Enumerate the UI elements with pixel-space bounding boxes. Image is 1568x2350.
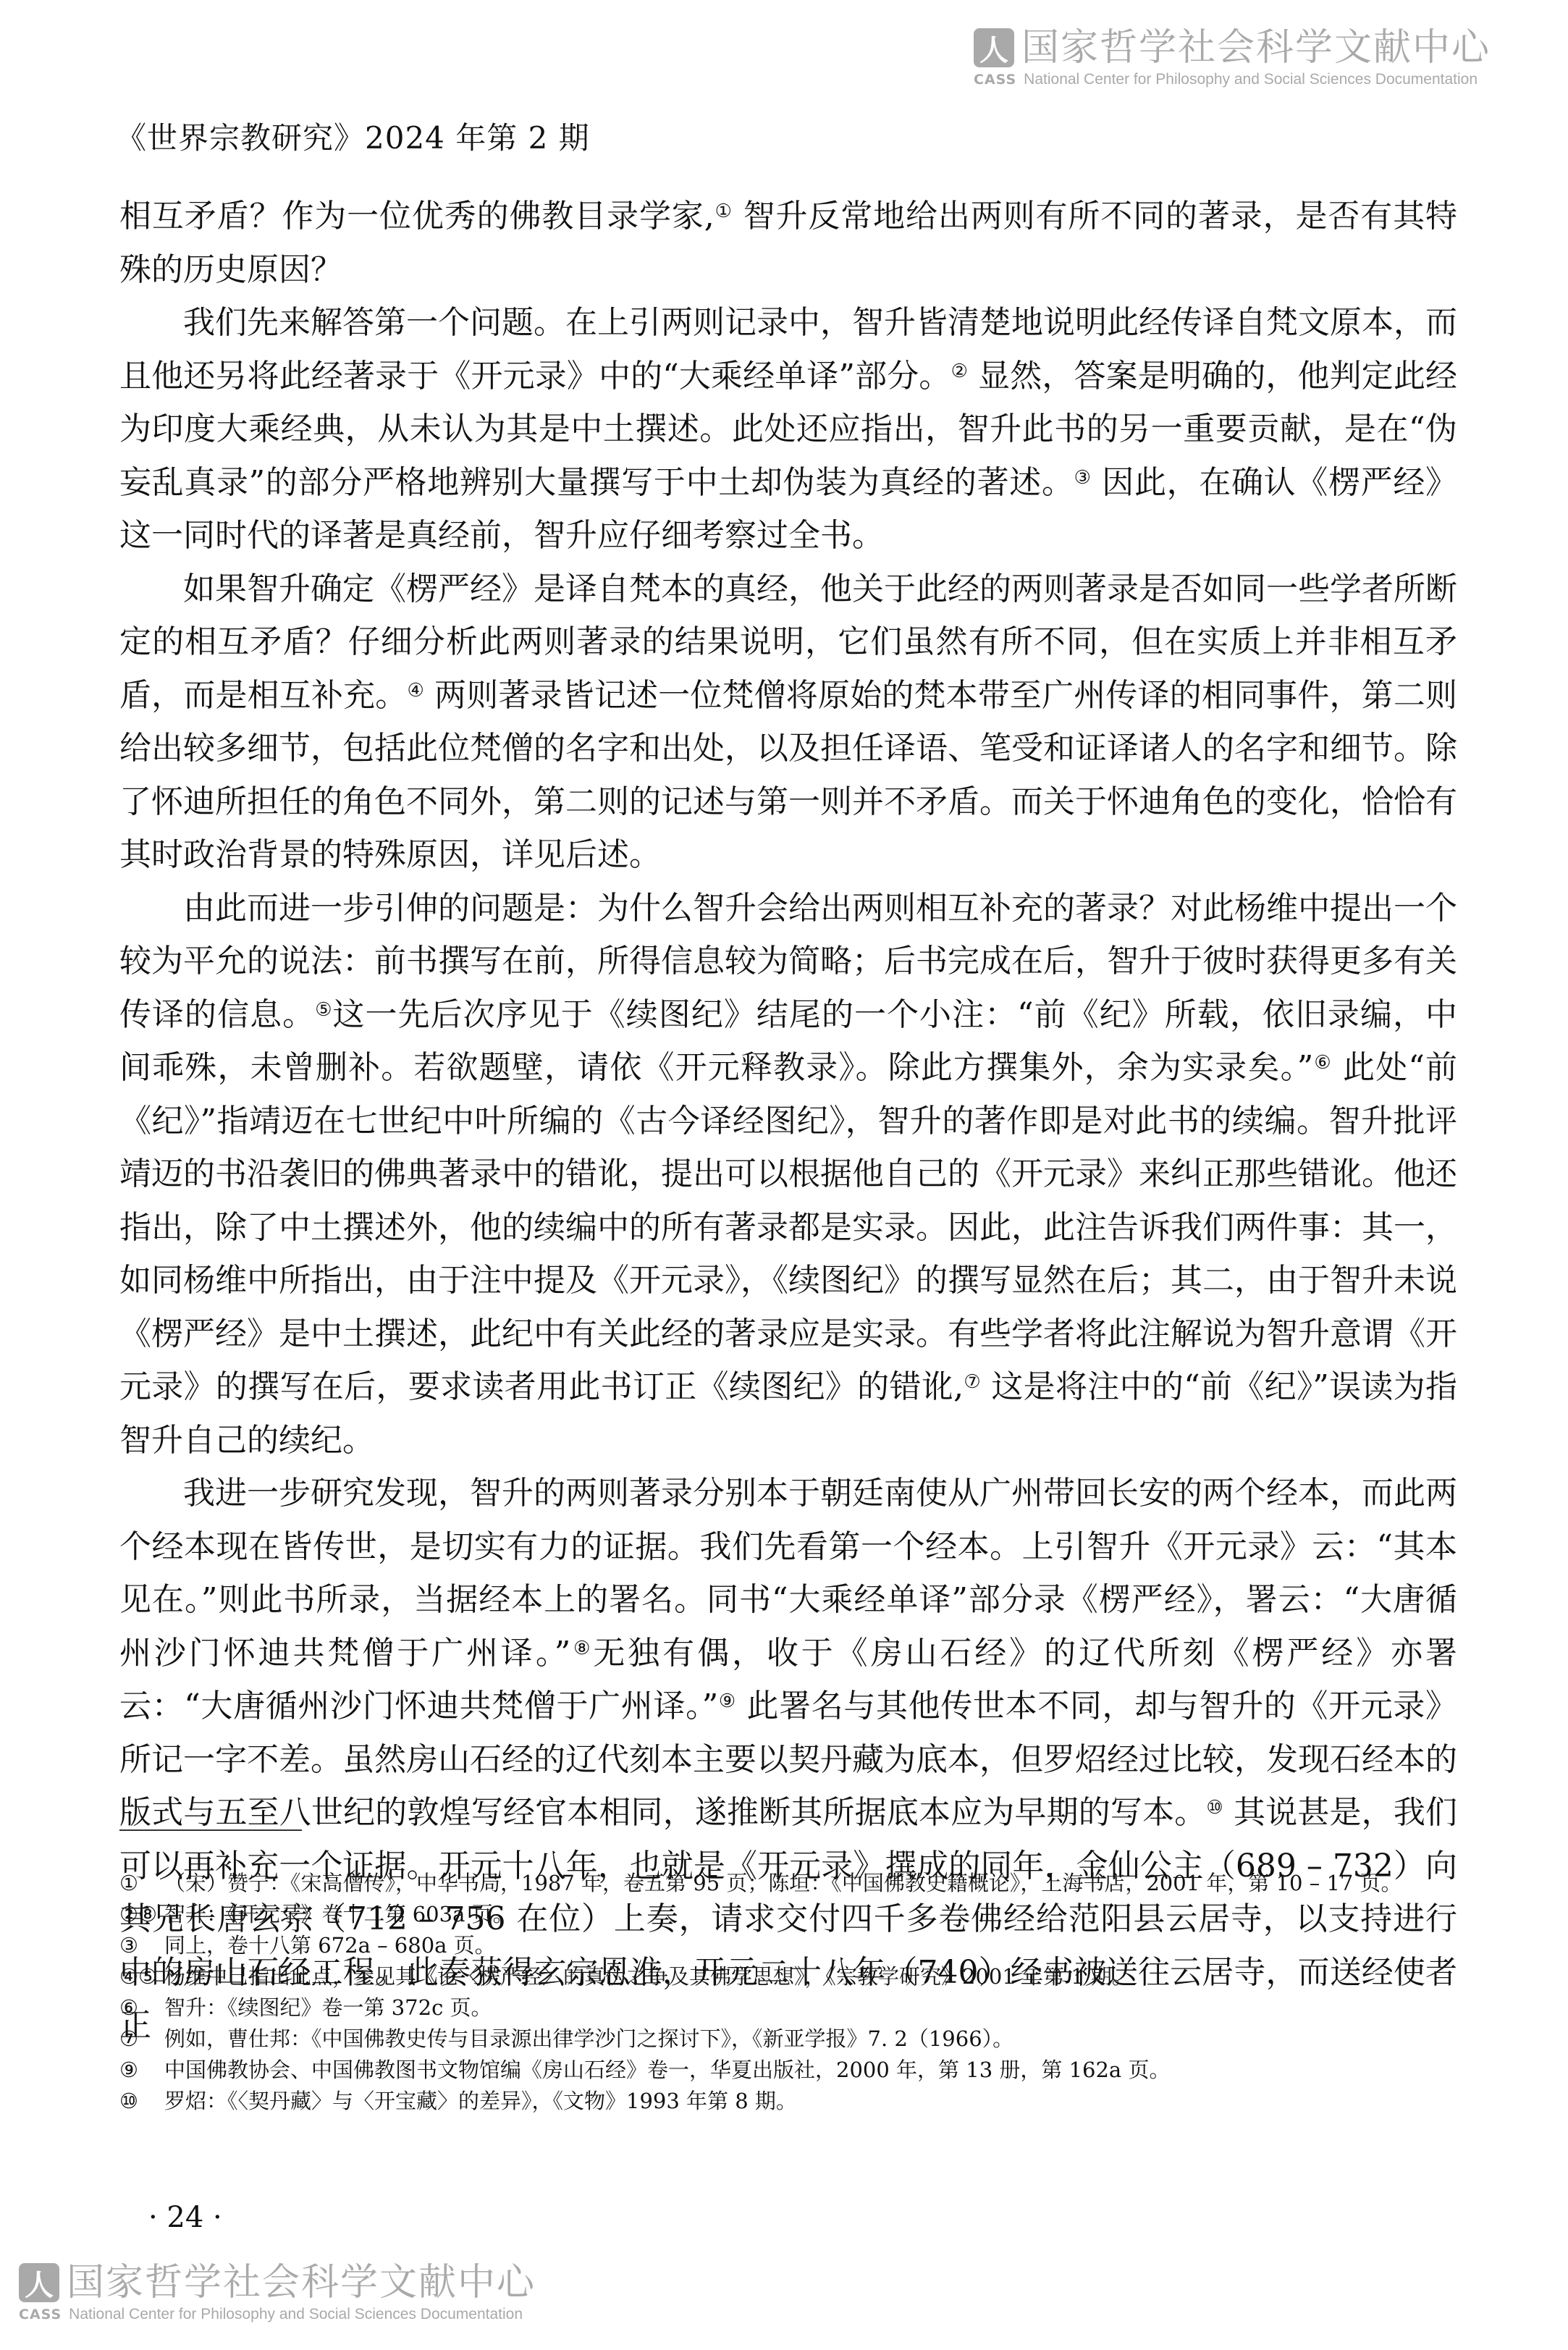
footnote-ref[interactable]: ③ — [1074, 467, 1092, 489]
footnote-marker: ⑥ — [119, 1992, 164, 2023]
footnote-marker: ③ — [119, 1930, 164, 1961]
logo-abbr: CASS — [19, 2307, 62, 2322]
footnote-ref[interactable]: ⑩ — [1206, 1797, 1223, 1819]
footnote-ref[interactable]: ⑤ — [315, 999, 332, 1021]
footnote-text: 杨维中已指出此点，参见其《论〈楞严经〉的真伪之争及其佛学思想》，《宗教学研究》2… — [164, 1961, 1455, 1992]
footnote-text: 中国佛教协会、中国佛教图书文物馆编《房山石经》卷一，华夏出版社，2000 年，第… — [164, 2055, 1455, 2086]
footnote-text: 智升：《开元录》卷十二第 603a 页。 — [164, 1899, 1455, 1930]
footnote-item: ⑨中国佛教协会、中国佛教图书文物馆编《房山石经》卷一，华夏出版社，2000 年，… — [119, 2055, 1455, 2086]
page-number: · 24 · — [148, 2201, 222, 2234]
footnote-marker: ②⑧ — [119, 1899, 164, 1930]
cass-watermark-logo-bottom: 人 国家哲学社会科学文献中心 CASS National Center for … — [19, 2261, 536, 2323]
paragraph: 由此而进一步引伸的问题是：为什么智升会给出两则相互补充的著录？对此杨维中提出一个… — [119, 882, 1457, 1467]
article-body: 相互矛盾？作为一位优秀的佛教目录学家,① 智升反常地给出两则有所不同的著录，是否… — [119, 190, 1457, 2052]
footnote-item: ③同上，卷十八第 672a – 680a 页。 — [119, 1930, 1455, 1961]
footnote-text: 智升：《续图纪》卷一第 372c 页。 — [164, 1992, 1455, 2023]
cass-logo-icon: 人 — [974, 28, 1014, 67]
footnote-item: ②⑧智升：《开元录》卷十二第 603a 页。 — [119, 1899, 1455, 1930]
paragraph: 相互矛盾？作为一位优秀的佛教目录学家,① 智升反常地给出两则有所不同的著录，是否… — [119, 190, 1457, 296]
footnote-ref[interactable]: ⑨ — [718, 1690, 736, 1712]
footnote-divider — [119, 1829, 302, 1831]
footnotes: ①（宋）赞宁：《宋高僧传》，中华书局，1987 年，卷五第 95 页；陈垣：《中… — [119, 1868, 1455, 2117]
logo-name-cn: 国家哲学社会科学文献中心 — [1021, 26, 1491, 70]
footnote-text: （宋）赞宁：《宋高僧传》，中华书局，1987 年，卷五第 95 页；陈垣：《中国… — [164, 1868, 1455, 1899]
footnote-text: 同上，卷十八第 672a – 680a 页。 — [164, 1930, 1455, 1961]
logo-name-en: National Center for Philosophy and Socia… — [1024, 71, 1478, 88]
footnote-marker: ⑨ — [119, 2055, 164, 2086]
logo-name-en: National Center for Philosophy and Socia… — [69, 2306, 523, 2323]
footnote-item: ⑦例如，曹仕邦：《中国佛教史传与目录源出律学沙门之探讨下》，《新亚学报》7. 2… — [119, 2023, 1455, 2055]
paragraph-text: 相互矛盾？作为一位优秀的佛教目录学家, — [119, 198, 715, 235]
cass-watermark-logo-top: 人 国家哲学社会科学文献中心 CASS National Center for … — [974, 26, 1491, 88]
footnote-item: ④⑤杨维中已指出此点，参见其《论〈楞严经〉的真伪之争及其佛学思想》，《宗教学研究… — [119, 1961, 1455, 1992]
footnote-ref[interactable]: ② — [951, 361, 968, 382]
footnote-text: 例如，曹仕邦：《中国佛教史传与目录源出律学沙门之探讨下》，《新亚学报》7. 2（… — [164, 2023, 1455, 2055]
footnote-ref[interactable]: ⑦ — [964, 1371, 981, 1393]
footnote-item: ①（宋）赞宁：《宋高僧传》，中华书局，1987 年，卷五第 95 页；陈垣：《中… — [119, 1868, 1455, 1899]
footnote-item: ⑩罗炤：《〈契丹藏〉与〈开宝藏〉的差异》，《文物》1993 年第 8 期。 — [119, 2086, 1455, 2117]
logo-name-cn: 国家哲学社会科学文献中心 — [67, 2261, 536, 2304]
footnote-marker: ① — [119, 1868, 164, 1899]
cass-logo-icon: 人 — [19, 2263, 59, 2302]
footnote-ref[interactable]: ④ — [407, 680, 423, 702]
footnote-ref[interactable]: ⑥ — [1313, 1052, 1332, 1074]
footnote-marker: ⑦ — [119, 2023, 164, 2055]
paragraph: 如果智升确定《楞严经》是译自梵本的真经，他关于此经的两则著录是否如同一些学者所断… — [119, 563, 1457, 882]
footnote-item: ⑥智升：《续图纪》卷一第 372c 页。 — [119, 1992, 1455, 2023]
footnote-text: 罗炤：《〈契丹藏〉与〈开宝藏〉的差异》，《文物》1993 年第 8 期。 — [164, 2086, 1455, 2117]
footnote-marker: ④⑤ — [119, 1961, 164, 1992]
footnote-ref[interactable]: ① — [715, 201, 733, 222]
running-head: 《世界宗教研究》2024 年第 2 期 — [116, 114, 590, 158]
footnote-ref[interactable]: ⑧ — [570, 1638, 593, 1659]
logo-abbr: CASS — [974, 72, 1016, 88]
paragraph: 我们先来解答第一个问题。在上引两则记录中，智升皆清楚地说明此经传译自梵文原本，而… — [119, 296, 1457, 563]
footnote-marker: ⑩ — [119, 2086, 164, 2117]
paragraph-text: 此处“前《纪》”指靖迈在七世纪中叶所编的《古今译经图纪》，智升的著作即是对此书的… — [119, 1049, 1457, 1405]
